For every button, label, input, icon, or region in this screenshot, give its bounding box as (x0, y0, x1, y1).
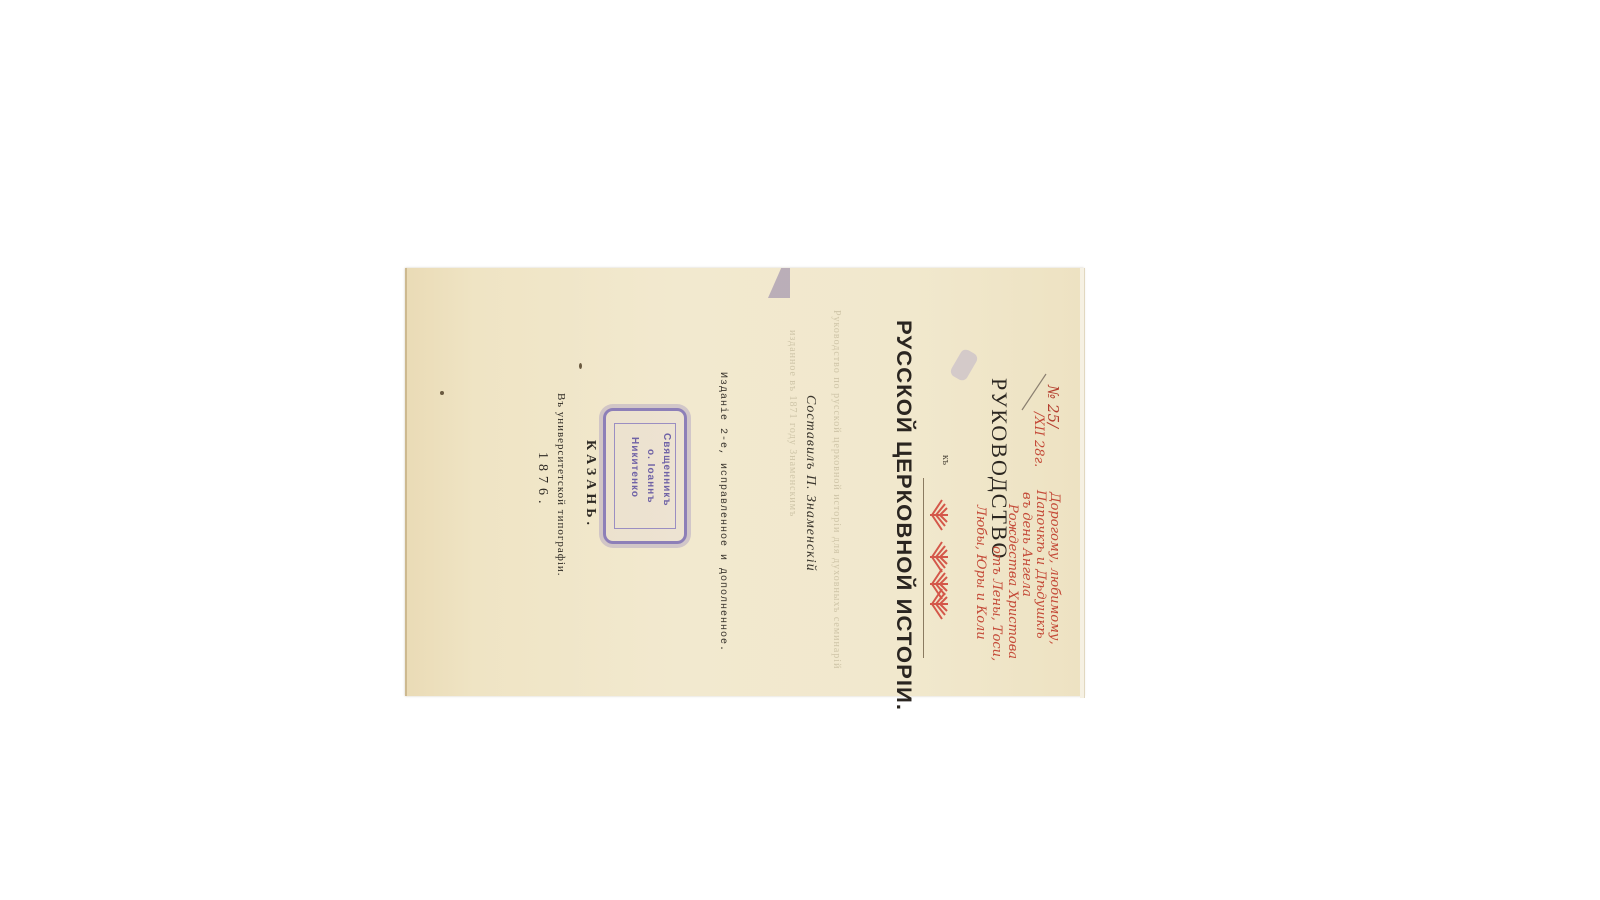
foxing-spot (579, 363, 582, 369)
stamp-line-2: о. Іоаннъ (645, 449, 656, 503)
faint-text-line: Руководство по русской церковной исторіи… (831, 310, 842, 669)
foxing-spot (440, 391, 444, 395)
page-edge (1080, 268, 1085, 698)
inscription-line: отъ Лены, Тоси, (989, 546, 1004, 661)
inscription-line: въ день Ангела (1019, 492, 1034, 597)
title-connector: къ (940, 455, 951, 465)
inscription-line: Рождества Христова (1005, 504, 1020, 659)
stamp-line-1: Священникъ (661, 433, 672, 507)
inscription-line: Папочкѣ и Дѣдушкѣ (1033, 490, 1048, 639)
title-line-2: РУССКОЙ ЦЕРКОВНОЙ ИСТОРІИ. (891, 320, 915, 711)
inscription-line: Любы, Юры и Коли (973, 505, 988, 640)
stamp-line-3: Никитенко (629, 437, 640, 498)
imprint-city: КАЗАНЬ. (582, 440, 598, 529)
author-line: Составилъ П. Знаменскій (802, 395, 818, 572)
edition-line: Изданіе 2-е, исправленное и дополненное. (717, 372, 728, 652)
faint-text-line: изданное въ 1871 году Знаменскимъ (787, 330, 798, 517)
imprint-publisher: Въ университетской типографіи. (555, 393, 567, 577)
fir-ornament-icon (928, 496, 950, 534)
owner-stamp: Священникъ о. Іоаннъ Никитенко (603, 408, 687, 544)
fir-ornament-icon (928, 585, 950, 623)
inscription-line: Дорогому, любимому, (1047, 492, 1062, 645)
inscription-slash-mark (1018, 372, 1048, 412)
inscription-date: /XII 28г. (1031, 412, 1046, 467)
imprint-year: 1876. (534, 452, 550, 509)
decorative-rule (923, 478, 924, 658)
